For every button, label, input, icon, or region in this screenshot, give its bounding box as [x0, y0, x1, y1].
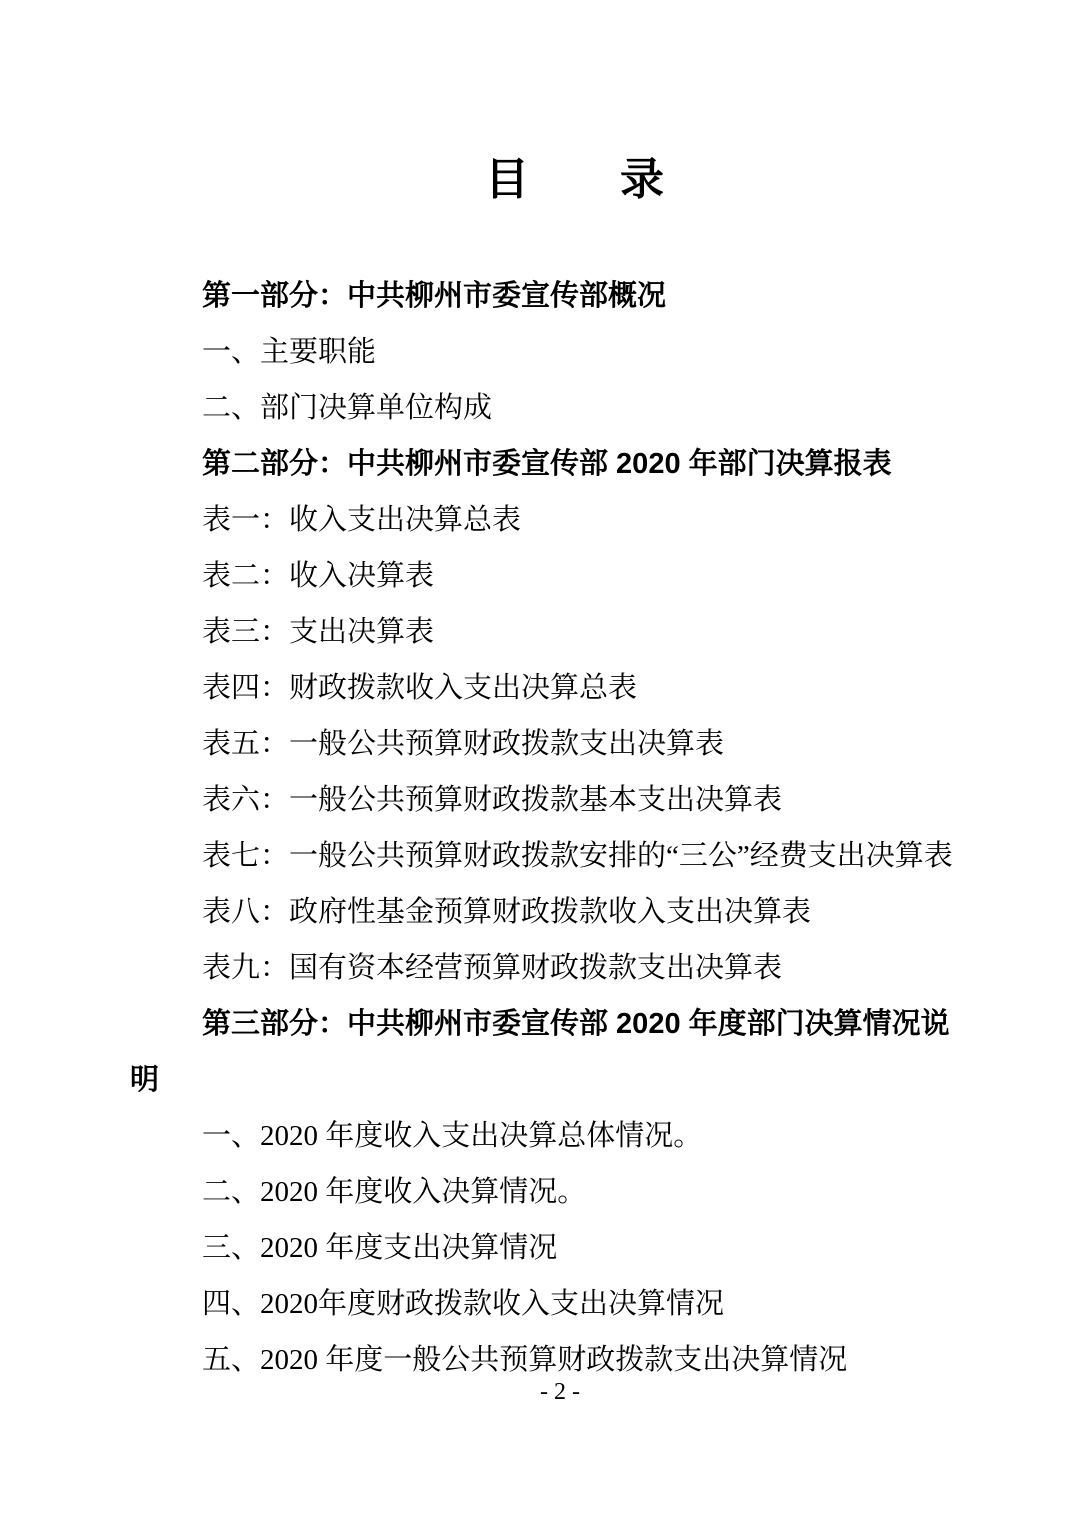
toc-part2-table-2: 表二：收入决算表 [130, 548, 944, 604]
toc-part3-item-3: 三、2020 年度支出决算情况 [130, 1220, 944, 1276]
toc-part3-item-1: 一、2020 年度收入支出决算总体情况。 [130, 1108, 944, 1164]
toc-part1-heading: 第一部分：中共柳州市委宣传部概况 [130, 268, 944, 324]
toc-part1-item-unit-composition: 二、部门决算单位构成 [130, 380, 944, 436]
toc-part3-heading-line1: 第三部分：中共柳州市委宣传部 2020 年度部门决算情况说 [130, 996, 944, 1052]
toc-part1-item-main-duties: 一、主要职能 [130, 324, 944, 380]
page-number: - 2 - [0, 1376, 1074, 1408]
toc-part2-table-5: 表五：一般公共预算财政拨款支出决算表 [130, 716, 944, 772]
toc-part3-heading-line2: 明 [130, 1052, 944, 1108]
toc-part2-table-7: 表七：一般公共预算财政拨款安排的“三公”经费支出决算表 [130, 828, 944, 884]
toc-part3-item-2: 二、2020 年度收入决算情况。 [130, 1164, 944, 1220]
toc-part2-table-1: 表一：收入支出决算总表 [130, 492, 944, 548]
toc-part2-heading: 第二部分：中共柳州市委宣传部 2020 年部门决算报表 [130, 436, 944, 492]
table-of-contents: 第一部分：中共柳州市委宣传部概况 一、主要职能 二、部门决算单位构成 第二部分：… [130, 268, 944, 1388]
toc-part2-table-6: 表六：一般公共预算财政拨款基本支出决算表 [130, 772, 944, 828]
toc-part2-table-3: 表三：支出决算表 [130, 604, 944, 660]
document-page: 目 录 第一部分：中共柳州市委宣传部概况 一、主要职能 二、部门决算单位构成 第… [0, 150, 1074, 1388]
toc-part2-table-4: 表四：财政拨款收入支出决算总表 [130, 660, 944, 716]
toc-part3-item-4: 四、2020年度财政拨款收入支出决算情况 [130, 1276, 944, 1332]
toc-part2-table-9: 表九：国有资本经营预算财政拨款支出决算表 [130, 940, 944, 996]
toc-part2-table-8: 表八：政府性基金预算财政拨款收入支出决算表 [130, 884, 944, 940]
page-title: 目 录 [130, 150, 944, 210]
